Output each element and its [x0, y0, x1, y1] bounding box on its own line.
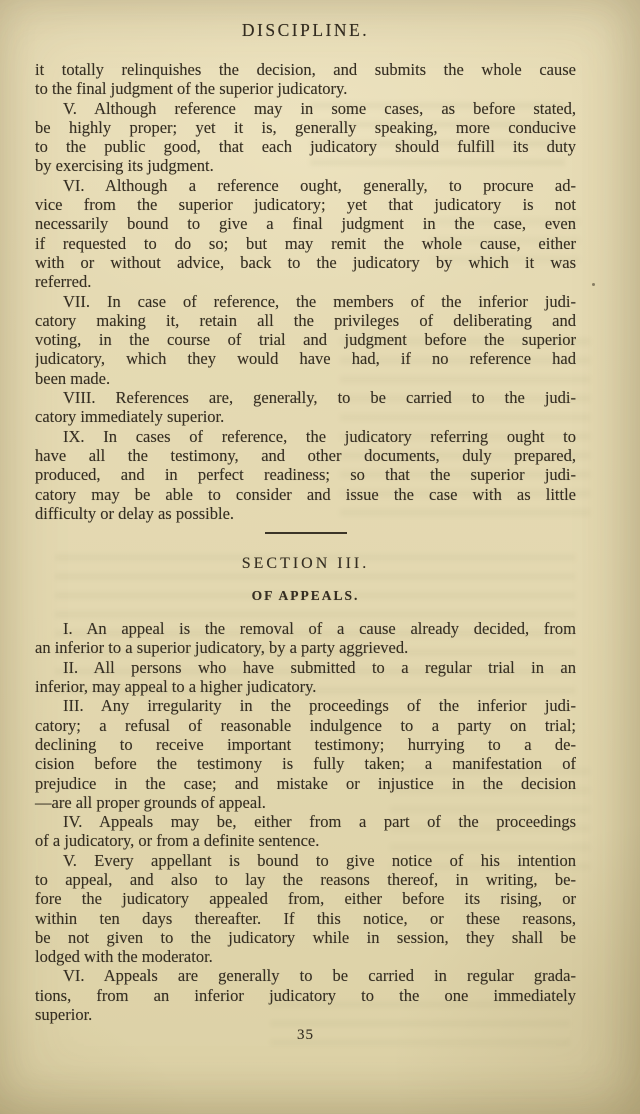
running-head: DISCIPLINE. — [35, 20, 576, 41]
text-line: have all the testimony, and other docume… — [35, 446, 576, 465]
text-line: catory may be able to consider and issue… — [35, 485, 576, 504]
text-line: III. Any irregularity in the proceedings… — [35, 696, 576, 715]
text-line: VI. Appeals are generally to be carried … — [35, 966, 576, 985]
paragraph: VIII. References are, generally, to be c… — [35, 388, 576, 427]
text-line: II. All persons who have submitted to a … — [35, 658, 576, 677]
section-divider — [265, 532, 347, 534]
text-line: catory immediately superior. — [35, 407, 576, 426]
text-line: IX. In cases of reference, the judicator… — [35, 427, 576, 446]
text-line: if requested to do so; but may remit the… — [35, 234, 576, 253]
paragraph: VII. In case of reference, the members o… — [35, 292, 576, 388]
text-line: to the public good, that each judicatory… — [35, 137, 576, 156]
text-line: to the final judgment of the superior ju… — [35, 79, 576, 98]
text-line: to appeal, and also to lay the reasons t… — [35, 870, 576, 889]
text-line: voting, in the course of trial and judgm… — [35, 330, 576, 349]
text-line: referred. — [35, 272, 576, 291]
paragraph: it totally relinquishes the decision, an… — [35, 60, 576, 99]
text-line: vice from the superior judicatory; yet t… — [35, 195, 576, 214]
paragraph: VI. Appeals are generally to be carried … — [35, 966, 576, 1024]
text-line: produced, and in perfect readiness; so t… — [35, 465, 576, 484]
text-line: VII. In case of reference, the members o… — [35, 292, 576, 311]
text-line: superior. — [35, 1005, 576, 1024]
text-line: VI. Although a reference ought, generall… — [35, 176, 576, 195]
paragraph: III. Any irregularity in the proceedings… — [35, 696, 576, 812]
paragraph: II. All persons who have submitted to a … — [35, 658, 576, 697]
section-heading: SECTION III. — [35, 554, 576, 574]
ink-speck — [592, 283, 595, 286]
text-line: an inferior to a superior judicatory, by… — [35, 638, 576, 657]
text-line: judicatory, which they would have had, i… — [35, 349, 576, 368]
text-line: it totally relinquishes the decision, an… — [35, 60, 576, 79]
text-line: by exercising its judgment. — [35, 156, 576, 175]
text-line: prejudice in the case; and mistake or in… — [35, 774, 576, 793]
text-line: V. Although reference may in some cases,… — [35, 99, 576, 118]
paragraph: IX. In cases of reference, the judicator… — [35, 427, 576, 523]
text-line: be highly proper; yet it is, generally s… — [35, 118, 576, 137]
text-line: tions, from an inferior judicatory to th… — [35, 986, 576, 1005]
text-line: lodged with the moderator. — [35, 947, 576, 966]
section-subheading: OF APPEALS. — [35, 587, 576, 604]
text-line: difficulty or delay as possible. — [35, 504, 576, 523]
text-line: be not given to the judicatory while in … — [35, 928, 576, 947]
text-line: VIII. References are, generally, to be c… — [35, 388, 576, 407]
paragraph: V. Every appellant is bound to give noti… — [35, 851, 576, 967]
text-line: catory; a refusal of reasonable indulgen… — [35, 716, 576, 735]
text-line: cision before the testimony is fully tak… — [35, 754, 576, 773]
text-line: —are all proper grounds of appeal. — [35, 793, 576, 812]
book-page: { "page": { "running_head": "DISCIPLINE.… — [0, 0, 640, 1114]
text-line: I. An appeal is the removal of a cause a… — [35, 619, 576, 638]
text-line: within ten days thereafter. If this noti… — [35, 909, 576, 928]
paragraph: V. Although reference may in some cases,… — [35, 99, 576, 176]
text-line: with or without advice, back to the judi… — [35, 253, 576, 272]
paragraph: IV. Appeals may be, either from a part o… — [35, 812, 576, 851]
paragraph: VI. Although a reference ought, generall… — [35, 176, 576, 292]
text-line: necessarily bound to give a final judgme… — [35, 214, 576, 233]
text-line: IV. Appeals may be, either from a part o… — [35, 812, 576, 831]
paragraph: I. An appeal is the removal of a cause a… — [35, 619, 576, 658]
text-line: declining to receive important testimony… — [35, 735, 576, 754]
text-line: catory making it, retain all the privile… — [35, 311, 576, 330]
text-line: inferior, may appeal to a higher judicat… — [35, 677, 576, 696]
page-number: 35 — [35, 1027, 576, 1044]
text-line: V. Every appellant is bound to give noti… — [35, 851, 576, 870]
text-block: it totally relinquishes the decision, an… — [35, 60, 576, 1044]
text-line: been made. — [35, 369, 576, 388]
text-line: fore the judicatory appealed from, eithe… — [35, 889, 576, 908]
text-line: of a judicatory, or from a definite sent… — [35, 831, 576, 850]
